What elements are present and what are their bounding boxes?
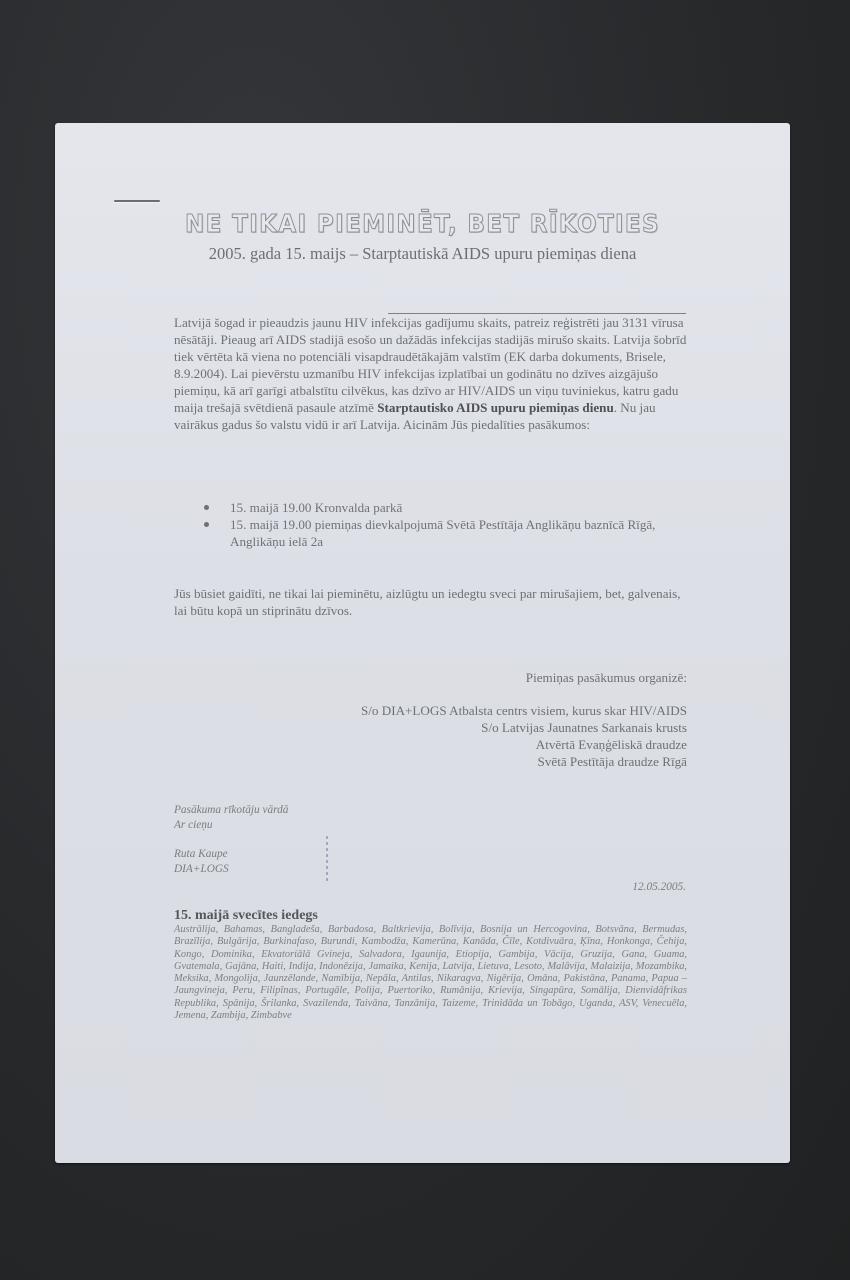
intro-bold-text: Starptautisko AIDS upuru piemiņas dienu: [377, 400, 614, 415]
intro-paragraph: Latvijā šogad ir pieaudzis jaunu HIV inf…: [174, 314, 694, 433]
event-list: 15. maijā 19.00 Kronvalda parkā 15. maij…: [200, 499, 700, 550]
signature-line: Pasākuma rīkotāju vārdā: [174, 803, 288, 818]
event-text: 15. maijā 19.00 piemiņas dievkalpojumā S…: [230, 517, 655, 549]
closing-paragraph: Jūs būsiet gaidīti, ne tikai lai pieminē…: [174, 585, 694, 619]
country-list: Austrālija, Bahamas, Bangladeša, Barbado…: [174, 924, 687, 1022]
signature-org: DIA+LOGS: [174, 862, 288, 877]
event-item: 15. maijā 19.00 Kronvalda parkā: [200, 499, 700, 516]
event-text: 15. maijā 19.00 Kronvalda parkā: [230, 500, 402, 515]
document-subtitle: 2005. gada 15. maijs – Starptautiskā AID…: [55, 244, 790, 264]
organizers-heading: Piemiņas pasākumus organizē:: [361, 669, 687, 686]
bullet-icon: [204, 505, 209, 510]
event-item: 15. maijā 19.00 piemiņas dievkalpojumā S…: [200, 516, 700, 550]
document-date: 12.05.2005.: [632, 881, 686, 893]
staple-mark: [114, 200, 160, 202]
organizer-item: S/o Latvijas Jaunatnes Sarkanais krusts: [361, 719, 687, 736]
organizer-item: Svētā Pestītāja draudze Rīgā: [361, 753, 687, 770]
document-page: NE TIKAI PIEMINĒT, BET RĪKOTIES 2005. ga…: [55, 123, 790, 1163]
signature-block: Pasākuma rīkotāju vārdā Ar cieņu Ruta Ka…: [174, 803, 288, 877]
organizer-item: S/o DIA+LOGS Atbalsta centrs visiem, kur…: [361, 702, 687, 719]
organizer-item: Atvērtā Evaņģēliskā draudze: [361, 736, 687, 753]
candle-section: 15. maijā svecītes iedegs Austrālija, Ba…: [174, 908, 687, 1022]
document-title: NE TIKAI PIEMINĒT, BET RĪKOTIES: [84, 209, 760, 238]
bullet-icon: [204, 522, 209, 527]
candle-heading: 15. maijā svecītes iedegs: [174, 908, 687, 924]
pen-mark: [326, 836, 328, 884]
signature-name: Ruta Kaupe: [174, 847, 288, 862]
organizers-block: Piemiņas pasākumus organizē: S/o DIA+LOG…: [361, 669, 687, 770]
signature-greeting: Ar cieņu: [174, 818, 288, 833]
